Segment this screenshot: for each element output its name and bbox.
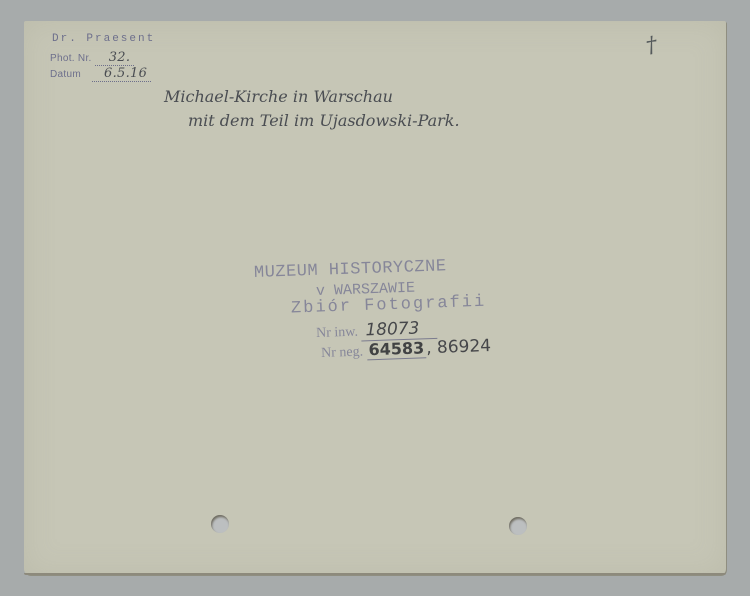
negative-extra-value: , 86924 [426, 336, 492, 358]
handwritten-caption: Michael-Kirche in Warschau mit dem Teil … [164, 85, 460, 133]
photo-card-back: Dr. Praesent Phot. Nr. 32. Datum 6.5.16 … [24, 21, 726, 575]
date-value: 6.5.16 [92, 66, 151, 82]
negative-value: 64583 [366, 338, 426, 360]
museum-stamp: MUZEUM HISTORYCZNE v WARSZAWIE Zbiór Fot… [254, 264, 491, 359]
cross-mark-icon: † [644, 32, 659, 59]
inventory-label: Nr inw. [316, 325, 358, 341]
caption-line-2: mit dem Teil im Ujasdowski-Park. [164, 109, 460, 133]
caption-line-1: Michael-Kirche in Warschau [164, 87, 393, 106]
punch-hole-right [509, 517, 527, 535]
photographer-name: Dr. Praesent [52, 33, 155, 45]
photo-number-value: 32. [95, 50, 135, 66]
punch-hole-left [211, 515, 229, 533]
photo-number-label: Phot. Nr. [50, 53, 92, 64]
photo-number-field: Phot. Nr. 32. [50, 50, 134, 66]
date-label: Datum [50, 69, 81, 80]
date-field: Datum 6.5.16 [50, 66, 151, 82]
negative-label: Nr neg. [321, 345, 363, 361]
